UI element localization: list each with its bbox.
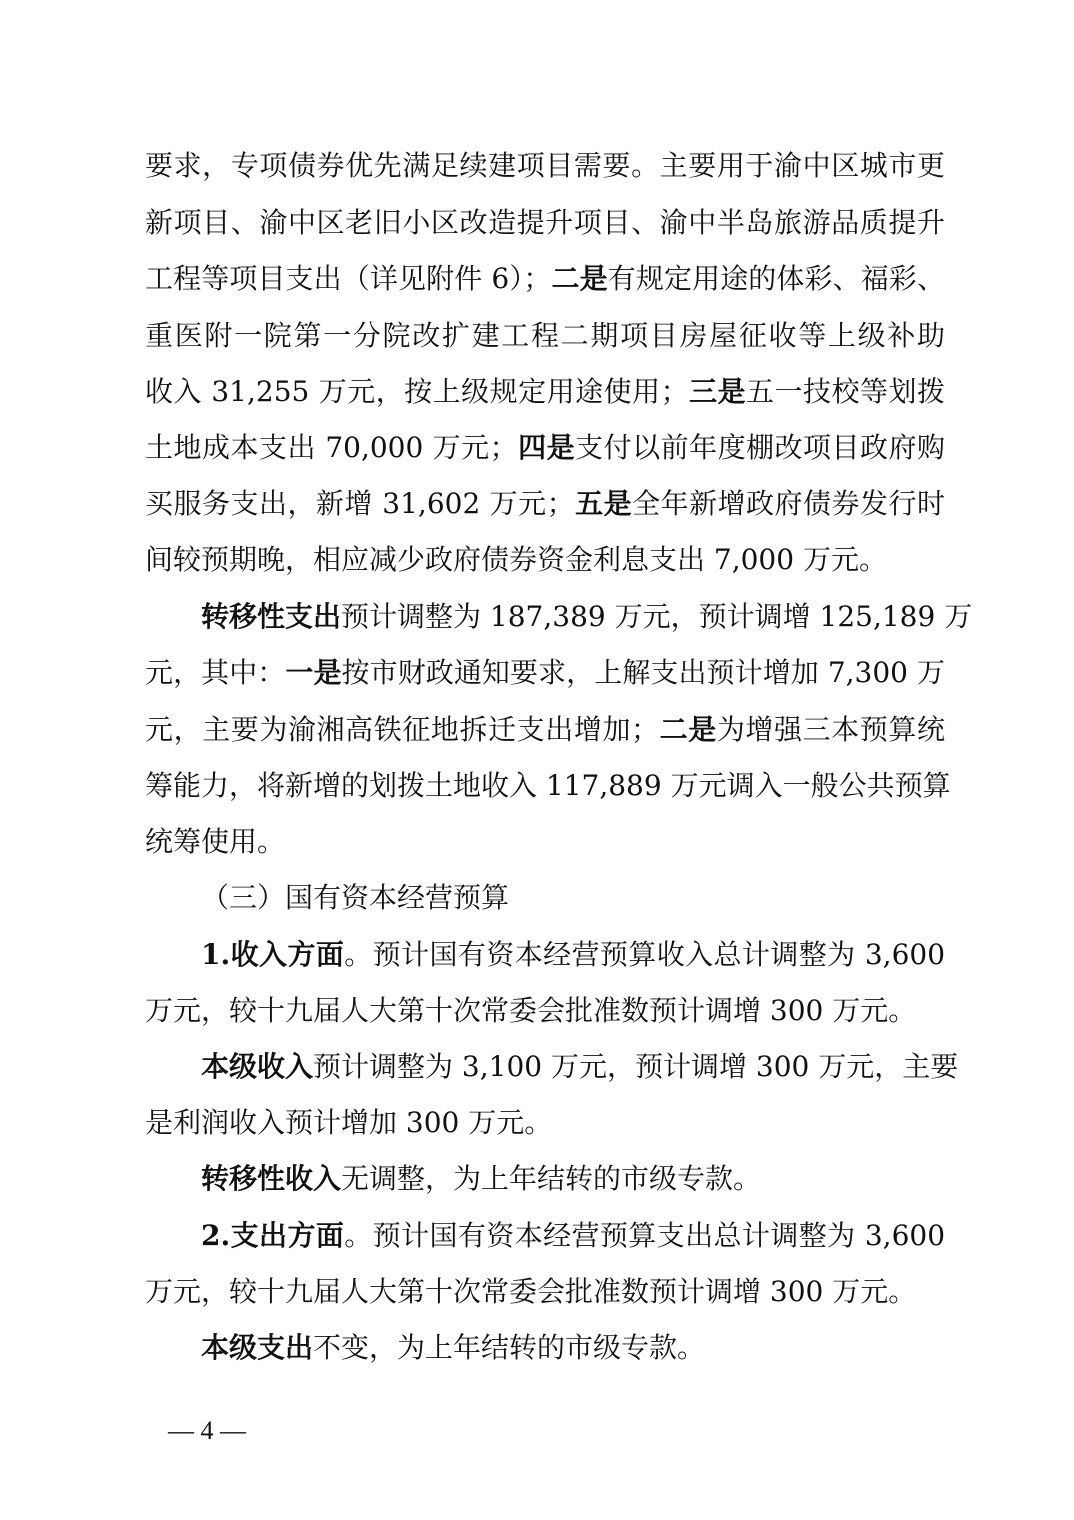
page-number: — 4 — bbox=[168, 1413, 246, 1449]
text-line: 万元，较十九届人大第十次常委会批准数预计调增 300 万元。 bbox=[145, 991, 945, 1031]
text-segment: 元，主要为渝湘高铁征地拆迁支出增加； bbox=[145, 713, 659, 746]
text-line: 本级支出不变，为上年结转的市级专款。 bbox=[201, 1328, 945, 1368]
text-segment: 不变，为上年结转的市级专款。 bbox=[313, 1331, 705, 1364]
text-line: 重医附一院第一分院改扩建工程二期项目房屋征收等上级补助 bbox=[145, 316, 945, 356]
text-line: 要求，专项债券优先满足续建项目需要。主要用于渝中区城市更 bbox=[145, 146, 945, 186]
bold-keyword: 二是 bbox=[551, 262, 607, 295]
bold-keyword: 1.收入方面 bbox=[201, 938, 344, 971]
text-line: 买服务支出，新增 31,602 万元；五是全年新增政府债券发行时 bbox=[145, 484, 945, 524]
text-segment: 土地成本支出 70,000 万元； bbox=[145, 431, 518, 464]
text-segment: 元，其中： bbox=[145, 656, 285, 689]
text-segment: 万元，较十九届人大第十次常委会批准数预计调增 300 万元。 bbox=[145, 994, 916, 1027]
bold-keyword: 本级支出 bbox=[201, 1331, 313, 1364]
document-page: 要求，专项债券优先满足续建项目需要。主要用于渝中区城市更新项目、渝中区老旧小区改… bbox=[0, 0, 1074, 1520]
text-segment: 间较预期晚，相应减少政府债券资金利息支出 7,000 万元。 bbox=[145, 543, 887, 576]
text-line: 万元，较十九届人大第十次常委会批准数预计调增 300 万元。 bbox=[145, 1272, 945, 1312]
text-line: 转移性收入无调整，为上年结转的市级专款。 bbox=[201, 1159, 945, 1199]
bold-keyword: 转移性收入 bbox=[201, 1162, 341, 1195]
text-segment: 筹能力，将新增的划拨土地收入 117,889 万元调入一般公共预算 bbox=[145, 769, 951, 802]
text-line: （三）国有资本经营预算 bbox=[201, 878, 945, 918]
text-line: 工程等项目支出（详见附件 6）；二是有规定用途的体彩、福彩、 bbox=[145, 259, 945, 299]
text-segment: 是利润收入预计增加 300 万元。 bbox=[145, 1106, 552, 1139]
text-line: 本级收入预计调整为 3,100 万元，预计调增 300 万元，主要 bbox=[201, 1047, 945, 1087]
text-segment: 。预计国有资本经营预算收入总计调整为 3,600 bbox=[344, 938, 945, 971]
text-line: 元，主要为渝湘高铁征地拆迁支出增加；二是为增强三本预算统 bbox=[145, 710, 945, 750]
bold-keyword: 五是 bbox=[575, 487, 632, 520]
text-line: 统筹使用。 bbox=[145, 822, 945, 862]
bold-keyword: 三是 bbox=[689, 375, 746, 408]
bold-keyword: 本级收入 bbox=[201, 1050, 313, 1083]
text-line: 新项目、渝中区老旧小区改造提升项目、渝中半岛旅游品质提升 bbox=[145, 203, 945, 243]
text-segment: 工程等项目支出（详见附件 6）； bbox=[145, 262, 551, 295]
text-line: 筹能力，将新增的划拨土地收入 117,889 万元调入一般公共预算 bbox=[145, 766, 945, 806]
bold-keyword: 一是 bbox=[285, 656, 341, 689]
text-line: 间较预期晚，相应减少政府债券资金利息支出 7,000 万元。 bbox=[145, 540, 945, 580]
text-segment: 按市财政通知要求，上解支出预计增加 7,300 万 bbox=[342, 656, 945, 689]
bold-keyword: 四是 bbox=[518, 431, 575, 464]
text-line: 是利润收入预计增加 300 万元。 bbox=[145, 1103, 945, 1143]
text-line: 元，其中：一是按市财政通知要求，上解支出预计增加 7,300 万 bbox=[145, 653, 945, 693]
text-segment: 买服务支出，新增 31,602 万元； bbox=[145, 487, 575, 520]
text-segment: 。预计国有资本经营预算支出总计调整为 3,600 bbox=[344, 1219, 945, 1252]
text-segment: 重医附一院第一分院改扩建工程二期项目房屋征收等上级补助 bbox=[145, 319, 945, 352]
text-segment: 无调整，为上年结转的市级专款。 bbox=[341, 1162, 761, 1195]
bold-keyword: 2.支出方面 bbox=[201, 1219, 344, 1252]
text-line: 收入 31,255 万元，按上级规定用途使用；三是五一技校等划拨 bbox=[145, 372, 945, 412]
text-line: 1.收入方面。预计国有资本经营预算收入总计调整为 3,600 bbox=[201, 935, 945, 975]
text-segment: 支付以前年度棚改项目政府购 bbox=[575, 431, 945, 464]
text-segment: 为增强三本预算统 bbox=[717, 713, 945, 746]
text-line: 转移性支出预计调整为 187,389 万元，预计调增 125,189 万 bbox=[201, 597, 945, 637]
text-segment: 预计调整为 3,100 万元，预计调增 300 万元，主要 bbox=[313, 1050, 958, 1083]
text-segment: 全年新增政府债券发行时 bbox=[632, 487, 945, 520]
text-segment: （三）国有资本经营预算 bbox=[201, 881, 509, 914]
text-segment: 五一技校等划拨 bbox=[746, 375, 945, 408]
text-segment: 预计调整为 187,389 万元，预计调增 125,189 万 bbox=[341, 600, 972, 633]
text-line: 2.支出方面。预计国有资本经营预算支出总计调整为 3,600 bbox=[201, 1216, 945, 1256]
text-segment: 要求，专项债券优先满足续建项目需要。主要用于渝中区城市更 bbox=[145, 149, 945, 182]
text-segment: 有规定用途的体彩、福彩、 bbox=[608, 262, 945, 295]
text-segment: 收入 31,255 万元，按上级规定用途使用； bbox=[145, 375, 689, 408]
bold-keyword: 转移性支出 bbox=[201, 600, 341, 633]
text-segment: 新项目、渝中区老旧小区改造提升项目、渝中半岛旅游品质提升 bbox=[145, 206, 945, 239]
bold-keyword: 二是 bbox=[659, 713, 717, 746]
text-line: 土地成本支出 70,000 万元；四是支付以前年度棚改项目政府购 bbox=[145, 428, 945, 468]
text-segment: 万元，较十九届人大第十次常委会批准数预计调增 300 万元。 bbox=[145, 1275, 916, 1308]
text-segment: 统筹使用。 bbox=[145, 825, 285, 858]
